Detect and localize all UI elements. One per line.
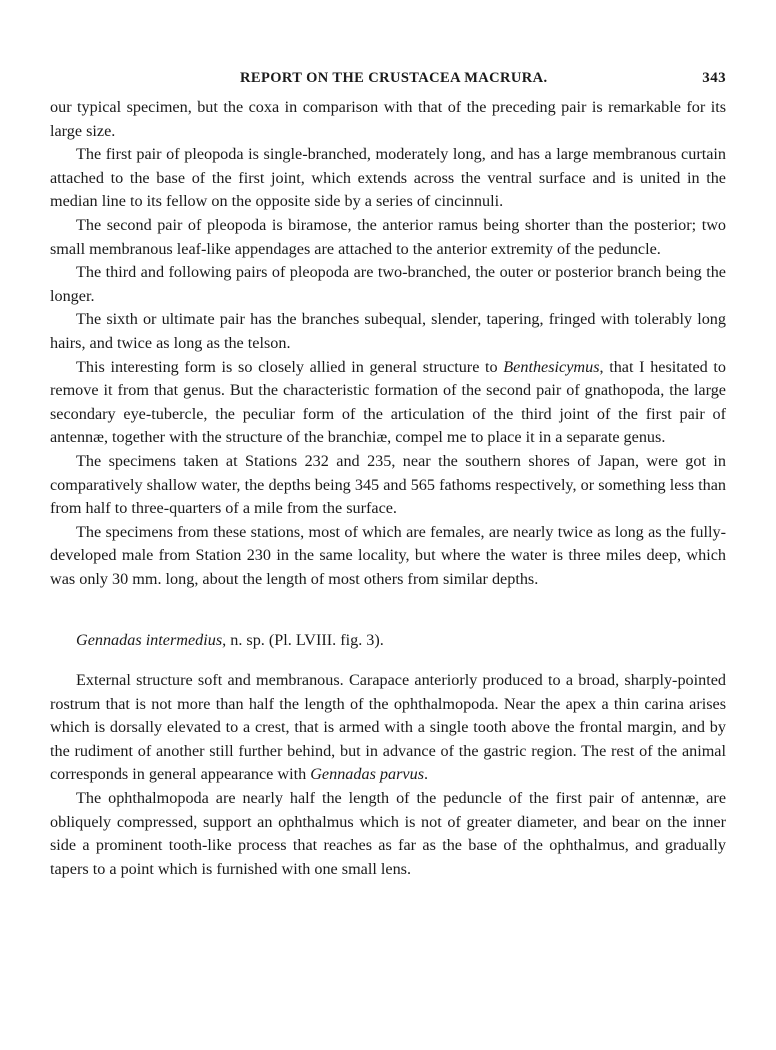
paragraph: This interesting form is so closely alli… [50,356,726,450]
body-text: our typical specimen, but the coxa in co… [50,96,726,881]
paragraph: The specimens taken at Stations 232 and … [50,450,726,521]
paragraph: The sixth or ultimate pair has the branc… [50,308,726,355]
paragraph: The ophthalmopoda are nearly half the le… [50,787,726,881]
running-header: REPORT ON THE CRUSTACEA MACRURA. 343 [50,70,726,94]
paragraph: The third and following pairs of pleopod… [50,261,726,308]
paragraph: External structure soft and membranous. … [50,669,726,787]
paragraph: The first pair of pleopoda is single-bra… [50,143,726,214]
genus-name: Benthesicymus [503,358,599,376]
document-page: REPORT ON THE CRUSTACEA MACRURA. 343 our… [0,0,776,1050]
species-name: Gennadas parvus [310,765,424,783]
text-span: This interesting form is so closely alli… [76,358,503,376]
page-number: 343 [702,70,726,87]
text-span: . [424,765,428,783]
running-title: REPORT ON THE CRUSTACEA MACRURA. [240,70,548,87]
species-heading: Gennadas intermedius, n. sp. (Pl. LVIII.… [50,629,726,653]
paragraph: our typical specimen, but the coxa in co… [50,96,726,143]
species-heading-rest: , n. sp. (Pl. LVIII. fig. 3). [222,631,384,649]
paragraph: The second pair of pleopoda is biramose,… [50,214,726,261]
species-name: Gennadas intermedius [76,631,222,649]
paragraph: The specimens from these stations, most … [50,521,726,592]
